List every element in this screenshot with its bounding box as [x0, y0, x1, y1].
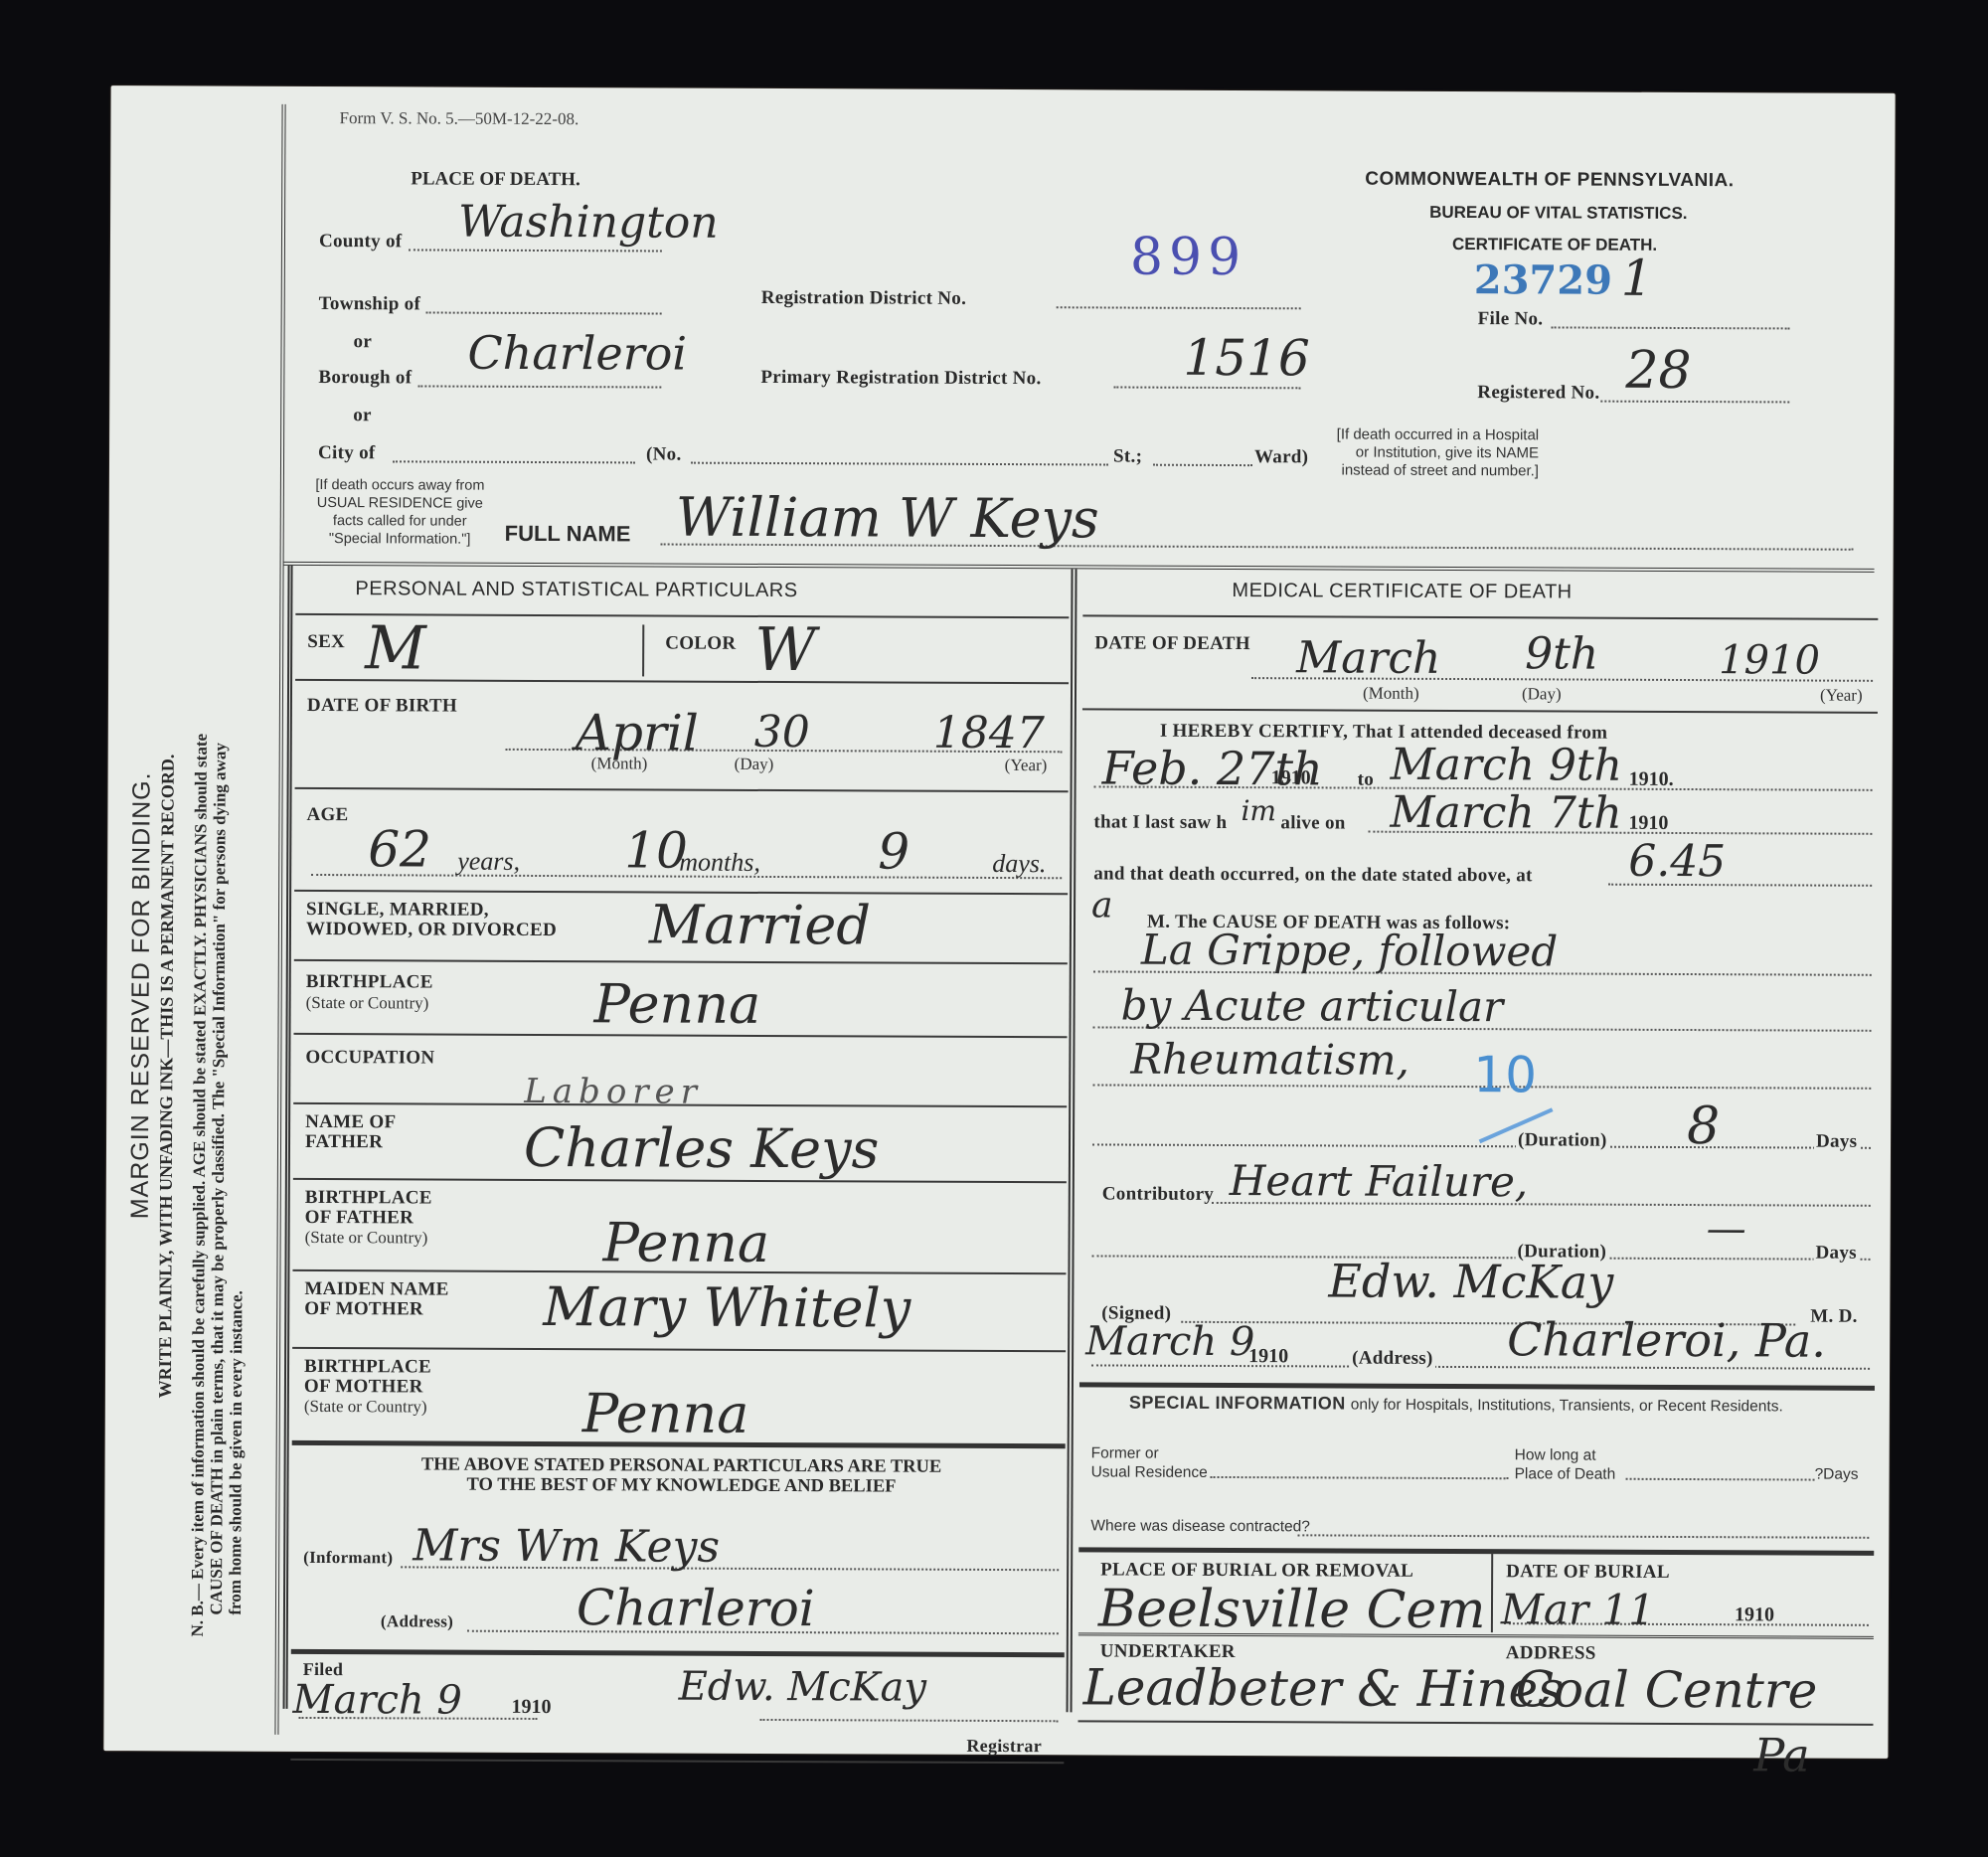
- alive-on-word: alive on: [1280, 812, 1345, 834]
- header-commonwealth: COMMONWEALTH OF PENNSYLVANIA.: [1365, 169, 1734, 193]
- burial-divider: [1491, 1553, 1493, 1632]
- signed-date-value[interactable]: March 9: [1085, 1318, 1254, 1365]
- birthplace-value[interactable]: Penna: [593, 972, 760, 1036]
- medical-certificate-title: MEDICAL CERTIFICATE OF DEATH: [1232, 580, 1572, 603]
- informant-label: (Informant): [303, 1548, 393, 1568]
- last-saw-text: that I last saw h: [1093, 811, 1227, 834]
- death-time-value[interactable]: 6.45: [1628, 836, 1726, 887]
- days-label: Days: [1814, 1131, 1859, 1153]
- disease-contracted-label: Where was disease contracted?: [1090, 1517, 1310, 1536]
- color-label: COLOR: [665, 633, 736, 655]
- section-divider: [1079, 1382, 1875, 1390]
- section-divider: [292, 1440, 1066, 1448]
- row-divider: [1082, 708, 1878, 713]
- state-or-country-caption: (State or Country): [304, 1397, 427, 1418]
- row-divider: [293, 1033, 1067, 1038]
- burial-date-value[interactable]: Mar 11: [1501, 1585, 1655, 1634]
- how-long-line: [1626, 1478, 1815, 1481]
- sex-label: SEX: [307, 631, 345, 653]
- filed-year-value: 1910: [511, 1696, 551, 1719]
- registered-number-line: [1600, 401, 1789, 404]
- cause-line-3-value[interactable]: Rheumatism,: [1130, 1035, 1409, 1085]
- row-divider: [1077, 1720, 1873, 1725]
- burial-date-label: DATE OF BURIAL: [1506, 1561, 1670, 1584]
- registrar-signature[interactable]: Edw. McKay: [679, 1664, 927, 1711]
- file-number-label: File No.: [1478, 308, 1544, 330]
- row-divider: [290, 1759, 1064, 1764]
- header-separator: [284, 562, 1875, 573]
- dob-year-value[interactable]: 1847: [933, 708, 1045, 759]
- age-label: AGE: [306, 804, 348, 826]
- signed-year-value: 1910: [1248, 1345, 1288, 1368]
- dod-month-value[interactable]: March: [1296, 632, 1441, 684]
- how-long-label: How long at Place of Death: [1515, 1445, 1616, 1483]
- street-number-label: (No.: [646, 443, 682, 465]
- undertaker-address-value[interactable]: Coal Centre: [1516, 1660, 1818, 1719]
- header-bureau: BUREAU OF VITAL STATISTICS.: [1429, 203, 1688, 224]
- color-value[interactable]: W: [754, 615, 816, 685]
- registration-district-line: [1057, 306, 1301, 309]
- physician-signature[interactable]: Edw. McKay: [1328, 1254, 1613, 1308]
- column-divider: [1067, 569, 1077, 1712]
- place-of-death-title: PLACE OF DEATH.: [411, 168, 580, 191]
- classification-code-mark: 10: [1473, 1046, 1537, 1103]
- row-divider: [293, 1178, 1067, 1183]
- state-or-country-caption: (State or Country): [306, 993, 429, 1014]
- county-value[interactable]: Washington: [458, 197, 719, 249]
- city-field-line: [393, 460, 635, 463]
- borough-field-line: [417, 385, 661, 388]
- write-plainly-text: WRITE PLAINLY, WITH UNFADING INK—THIS IS…: [155, 754, 179, 1398]
- file-number-stamp: 23729: [1474, 256, 1612, 304]
- duration-value-2[interactable]: —: [1707, 1206, 1746, 1252]
- form-number: Form V. S. No. 5.—50M-12-22-08.: [339, 108, 579, 129]
- personal-particulars-title: PERSONAL AND STATISTICAL PARTICULARS: [355, 578, 797, 602]
- borough-label: Borough of: [318, 367, 412, 389]
- informant-value[interactable]: Mrs Wm Keys: [413, 1520, 720, 1572]
- margin-reserved-text: MARGIN RESERVED FOR BINDING.: [126, 771, 157, 1219]
- father-name-value[interactable]: Charles Keys: [524, 1116, 880, 1181]
- away-from-residence-note: [If death occurs away from USUAL RESIDEN…: [308, 476, 492, 549]
- or-label-2: or: [353, 405, 372, 426]
- burial-place-value[interactable]: Beelsville Cem: [1098, 1579, 1486, 1640]
- month-caption: (Month): [1363, 684, 1419, 704]
- file-number-line: [1552, 326, 1790, 329]
- or-label: or: [353, 331, 372, 353]
- month-caption: (Month): [591, 754, 648, 773]
- age-days-value[interactable]: 9: [878, 822, 910, 880]
- row-divider: [294, 959, 1068, 964]
- to-word: to: [1358, 769, 1375, 791]
- birthplace-label: BIRTHPLACE: [306, 971, 433, 994]
- dob-day-value[interactable]: 30: [754, 707, 810, 758]
- year-caption: (Year): [1005, 756, 1048, 775]
- year-caption: (Year): [1820, 686, 1863, 706]
- attestation-text: THE ABOVE STATED PERSONAL PARTICULARS AR…: [303, 1454, 1059, 1497]
- street-label: St.;: [1113, 445, 1142, 467]
- former-residence-line: [1211, 1476, 1509, 1479]
- last-saw-him[interactable]: im: [1241, 794, 1276, 827]
- cause-line-2-value[interactable]: by Acute articular: [1121, 981, 1504, 1032]
- borough-value[interactable]: Charleroi: [467, 326, 687, 381]
- undertaker-value[interactable]: Leadbeter & Hines: [1083, 1658, 1564, 1718]
- mother-birthplace-value[interactable]: Penna: [582, 1382, 749, 1445]
- years-word: years,: [457, 847, 520, 877]
- father-name-label: NAME OF FATHER: [305, 1112, 396, 1152]
- township-label: Township of: [319, 293, 421, 315]
- left-column-border: [283, 566, 293, 1709]
- primary-district-label: Primary Registration District No.: [760, 367, 1041, 390]
- contributory-value[interactable]: Heart Failure,: [1230, 1156, 1529, 1206]
- registration-district-stamp: 899: [1130, 228, 1247, 288]
- row-divider: [1082, 614, 1878, 619]
- days-word: days.: [992, 849, 1046, 879]
- attended-from-year: 1910: [1271, 766, 1311, 789]
- sex-value[interactable]: M: [365, 613, 426, 683]
- row-divider: [292, 1347, 1066, 1352]
- row-divider: [295, 787, 1069, 792]
- disease-contracted-line: [1297, 1534, 1869, 1539]
- mother-birthplace-label: BIRTHPLACE OF MOTHER: [304, 1357, 431, 1398]
- days-label-2: Days: [1814, 1243, 1859, 1265]
- father-birthplace-label: BIRTHPLACE OF FATHER: [305, 1188, 432, 1229]
- dob-label: DATE OF BIRTH: [307, 695, 457, 718]
- nb-instructions: N. B.— Every item of information should …: [188, 734, 248, 1637]
- burial-year-value: 1910: [1735, 1604, 1774, 1626]
- registrar-line: [759, 1719, 1058, 1722]
- age-years-value[interactable]: 62: [368, 820, 431, 878]
- ward-label: Ward): [1254, 446, 1308, 468]
- duration-line: [1092, 1143, 1871, 1148]
- registrar-label: Registrar: [966, 1736, 1042, 1757]
- dod-day-value[interactable]: 9th: [1525, 628, 1598, 679]
- date-of-death-label: DATE OF DEATH: [1094, 632, 1250, 655]
- attended-to-year: 1910.: [1629, 768, 1674, 791]
- full-name-value[interactable]: William W Keys: [676, 486, 1099, 551]
- physician-address-value[interactable]: Charleroi, Pa.: [1507, 1312, 1826, 1367]
- registered-number-value[interactable]: 28: [1625, 341, 1691, 401]
- father-birthplace-value[interactable]: Penna: [602, 1211, 769, 1274]
- informant-address-label: (Address): [381, 1611, 453, 1631]
- city-label: City of: [318, 442, 376, 464]
- duration-value[interactable]: 8: [1687, 1097, 1720, 1156]
- county-label: County of: [319, 231, 403, 253]
- days-suffix: ?Days: [1815, 1466, 1859, 1484]
- file-number-value[interactable]: 1: [1621, 250, 1653, 307]
- dod-year-value[interactable]: 1910: [1719, 637, 1820, 683]
- street-field-line: [691, 462, 1108, 466]
- county-field-line: [409, 249, 662, 252]
- months-word: months,: [679, 848, 760, 878]
- death-certificate: MARGIN RESERVED FOR BINDING. WRITE PLAIN…: [103, 85, 1895, 1759]
- hospital-note: [If death occurred in a Hospital or Inst…: [1330, 425, 1539, 480]
- last-saw-year: 1910: [1628, 812, 1668, 835]
- special-information-subtitle: only for Hospitals, Institutions, Transi…: [1351, 1397, 1783, 1416]
- special-information-heading: SPECIAL INFORMATION only for Hospitals, …: [1129, 1393, 1865, 1418]
- cause-line-1-value[interactable]: La Grippe, followed: [1141, 926, 1559, 976]
- marital-label: SINGLE, MARRIED, WIDOWED, OR DIVORCED: [306, 900, 557, 940]
- special-information-title: SPECIAL INFORMATION: [1129, 1393, 1346, 1414]
- undertaker-address-state[interactable]: Pa: [1753, 1728, 1810, 1781]
- informant-address-value[interactable]: Charleroi: [577, 1579, 815, 1637]
- occupation-label: OCCUPATION: [305, 1047, 434, 1070]
- sex-color-divider: [642, 624, 644, 676]
- physician-address-label: (Address): [1350, 1348, 1435, 1370]
- death-occurred-text: and that death occurred, on the date sta…: [1093, 863, 1533, 887]
- marital-value[interactable]: Married: [649, 893, 871, 956]
- mother-name-label: MAIDEN NAME OF MOTHER: [304, 1279, 448, 1320]
- duration-label: (Duration): [1516, 1129, 1609, 1151]
- contributory-label: Contributory: [1102, 1183, 1214, 1205]
- full-name-label: FULL NAME: [505, 521, 631, 548]
- township-field-line: [426, 311, 662, 314]
- section-divider: [291, 1649, 1065, 1657]
- registered-number-label: Registered No.: [1477, 382, 1599, 405]
- filed-date-value[interactable]: March 9: [292, 1677, 461, 1724]
- last-saw-date[interactable]: March 7th: [1390, 787, 1622, 839]
- ward-field-line: [1153, 464, 1252, 466]
- section-divider: [1078, 1547, 1874, 1555]
- registration-district-label: Registration District No.: [761, 287, 967, 310]
- former-residence-label: Former or Usual Residence: [1091, 1443, 1208, 1482]
- day-caption: (Day): [735, 755, 774, 774]
- attended-to-value[interactable]: March 9th: [1391, 740, 1623, 791]
- state-or-country-caption: (State or Country): [305, 1228, 428, 1249]
- primary-district-value[interactable]: 1516: [1183, 329, 1310, 388]
- day-caption: (Day): [1522, 684, 1562, 704]
- am-pm-value[interactable]: a: [1091, 885, 1113, 926]
- mother-name-value[interactable]: Mary Whitely: [543, 1275, 911, 1340]
